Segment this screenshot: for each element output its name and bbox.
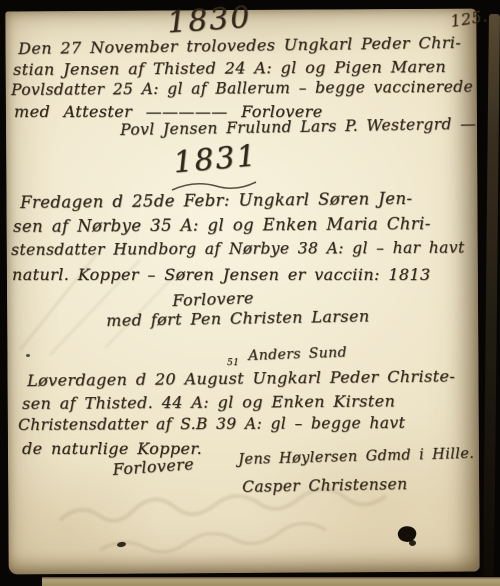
register-line: Povlsdatter 25 A: gl af Ballerum – begge…	[11, 78, 473, 99]
ink-speck	[26, 354, 30, 357]
scanned-register-page: 125. 1830 Den 27 November trolovedes Ung…	[0, 0, 500, 586]
year-heading-1830: 1830	[166, 0, 253, 41]
register-line: stian Jensen af Thisted 24 A: gl og Pige…	[13, 57, 446, 79]
register-line: sen af Thisted. 44 A: gl og Enken Kirste…	[22, 391, 395, 413]
interlinear-annotation: Anders Sund	[248, 345, 347, 364]
year-heading-1831: 1831	[172, 139, 259, 181]
table-surface-strip	[42, 577, 500, 586]
register-line: Christensdatter af S.B 39 A: gl – begge …	[18, 414, 405, 434]
interlinear-number: 51	[227, 358, 239, 368]
register-line: stensdatter Hundborg af Nørbye 38 A: gl …	[11, 239, 465, 259]
register-line: naturl. Kopper – Søren Jensen er vacciin…	[12, 265, 431, 284]
witness-signature: Casper Christensen	[242, 475, 408, 496]
forlovere-label: Forlovere	[172, 288, 254, 310]
register-line: sen af Nørbye 35 A: gl og Enken Maria Ch…	[13, 214, 431, 236]
ink-blot	[409, 540, 416, 546]
book-fore-edge	[483, 14, 500, 576]
